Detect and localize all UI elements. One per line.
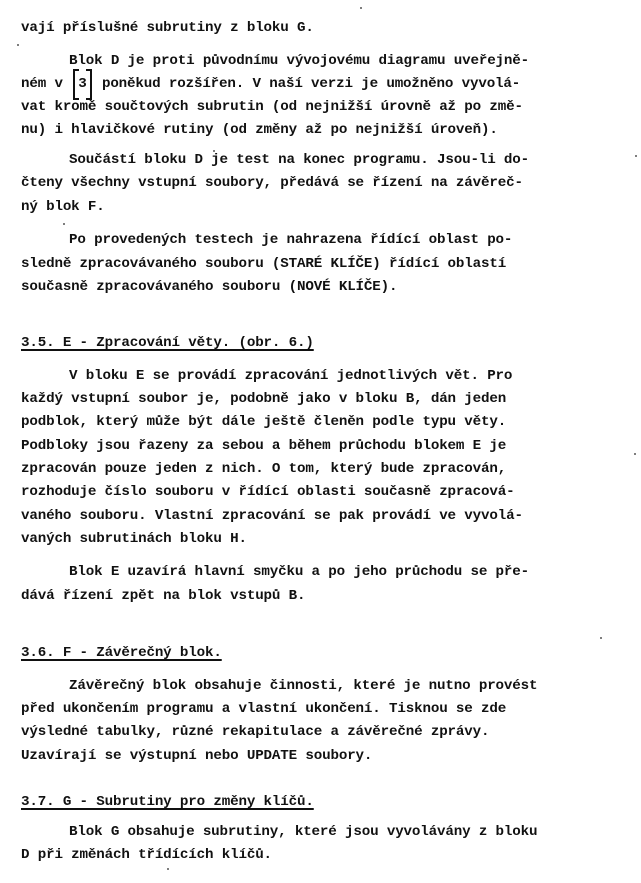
text-line: čteny všechny vstupní soubory, předává s… bbox=[21, 173, 523, 193]
text-line: každý vstupní soubor je, podobně jako v … bbox=[21, 389, 506, 409]
text-line: Součástí bloku D je test na konec progra… bbox=[69, 150, 529, 170]
text-line: vaných subrutinách bloku H. bbox=[21, 529, 247, 549]
text-line: Po provedených testech je nahrazena řídí… bbox=[69, 230, 512, 250]
text-line: Blok D je proti původnímu vývojovému dia… bbox=[69, 51, 529, 71]
text-line: Blok G obsahuje subrutiny, které jsou vy… bbox=[69, 822, 537, 842]
text-line: Podbloky jsou řazeny za sebou a během pr… bbox=[21, 436, 506, 456]
text-line: Blok E uzavírá hlavní smyčku a po jeho p… bbox=[69, 562, 529, 582]
text-line: nu) i hlavičkové rutiny (od změny až po … bbox=[21, 120, 498, 140]
typewritten-page: vají příslušné subrutiny z bloku G. Blok… bbox=[0, 0, 641, 883]
section-heading-3-7: 3.7. G - Subrutiny pro změny klíčů. bbox=[21, 792, 314, 812]
text-line: výsledné tabulky, různé rekapitulace a z… bbox=[21, 722, 489, 742]
text-line: vat kromě součtových subrutin (od nejniž… bbox=[21, 97, 523, 117]
text-line: podblok, který může být dále ještě členě… bbox=[21, 412, 506, 432]
text-line: sledně zpracovávaného souboru (STARÉ KLÍ… bbox=[21, 254, 506, 274]
citation-number: 3 bbox=[78, 76, 86, 92]
text-line: zpracován pouze jeden z nich. O tom, kte… bbox=[21, 459, 506, 479]
scan-speck bbox=[360, 7, 362, 9]
scan-speck bbox=[17, 44, 19, 46]
text-line: před ukončením programu a vlastní ukonče… bbox=[21, 699, 506, 719]
text-fragment: ném v bbox=[21, 76, 63, 92]
text-fragment: poněkud rozšířen. V naší verzi je umožně… bbox=[102, 76, 520, 92]
text-line: Závěrečný blok obsahuje činnosti, které … bbox=[69, 676, 537, 696]
scan-speck bbox=[63, 223, 65, 225]
text-line: současně zpracovávaného souboru (NOVÉ KL… bbox=[21, 277, 397, 297]
section-heading-3-6: 3.6. F - Závěrečný blok. bbox=[21, 643, 222, 663]
scan-speck bbox=[600, 637, 602, 639]
text-line: vají příslušné subrutiny z bloku G. bbox=[21, 18, 314, 38]
scan-speck bbox=[634, 453, 636, 455]
text-line: V bloku E se provádí zpracování jednotli… bbox=[69, 366, 512, 386]
scan-speck bbox=[213, 150, 215, 152]
text-line: dává řízení zpět na blok vstupů B. bbox=[21, 586, 305, 606]
text-line: Uzavírají se výstupní nebo UPDATE soubor… bbox=[21, 746, 372, 766]
section-heading-3-5: 3.5. E - Zpracování věty. (obr. 6.) bbox=[21, 333, 314, 353]
text-line: rozhoduje číslo souboru v řídící oblasti… bbox=[21, 482, 514, 502]
scan-speck bbox=[635, 155, 637, 157]
citation-reference: 3 bbox=[73, 74, 91, 94]
text-line: vaného souboru. Vlastní zpracování se pa… bbox=[21, 506, 523, 526]
text-line-with-reference: ném v 3 poněkud rozšířen. V naší verzi j… bbox=[21, 74, 520, 94]
text-line: ný blok F. bbox=[21, 197, 105, 217]
scan-speck bbox=[167, 868, 169, 870]
text-line: D při změnách třídících klíčů. bbox=[21, 845, 272, 865]
